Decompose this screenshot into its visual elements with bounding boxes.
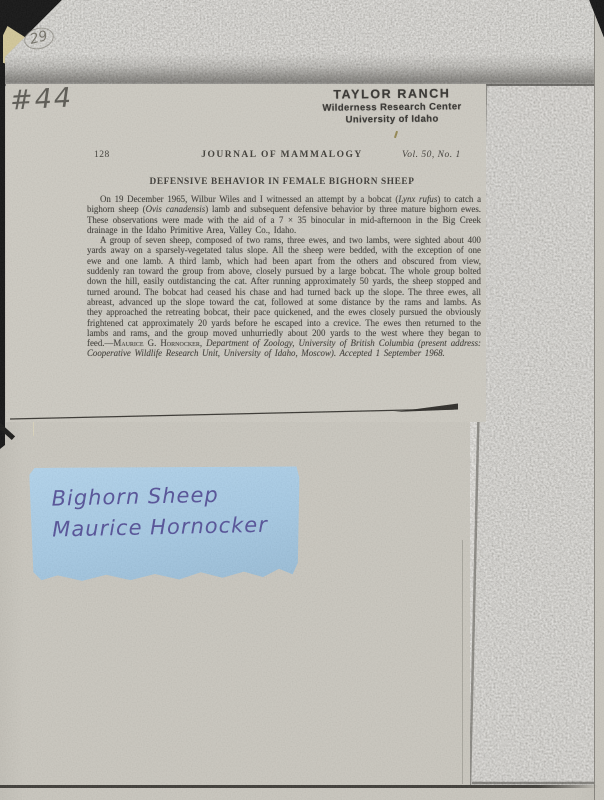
article-paragraph-2: A group of seven sheep, composed of two … bbox=[87, 235, 481, 359]
ink-speck bbox=[394, 131, 398, 138]
page-edge-strip bbox=[594, 0, 604, 800]
handwritten-number-44: #44 bbox=[9, 82, 74, 116]
section-end-rule bbox=[6, 402, 476, 428]
photocopy-noise-column bbox=[470, 86, 594, 785]
stamp-line-2: Wilderness Research Center bbox=[286, 101, 498, 114]
article-paragraph-1: On 19 December 1965, Wilbur Wiles and I … bbox=[87, 194, 481, 235]
journal-masthead: 128 JOURNAL OF MAMMALOGY Vol. 50, No. 1 bbox=[6, 150, 486, 164]
species-name-ovis: Ovis canadensis bbox=[146, 204, 206, 214]
toner-smudge bbox=[0, 54, 604, 88]
scanned-document: TAYLOR RANCH Wilderness Research Center … bbox=[0, 0, 604, 800]
species-name-lynx: Lynx rufus bbox=[398, 194, 437, 204]
article-title: DEFENSIVE BEHAVIOR IN FEMALE BIGHORN SHE… bbox=[86, 177, 478, 187]
journal-name: JOURNAL OF MAMMALOGY bbox=[136, 150, 428, 160]
para2-text: A group of seven sheep, composed of two … bbox=[87, 235, 481, 348]
journal-volume: Vol. 50, No. 1 bbox=[402, 150, 461, 160]
scan-edge-line bbox=[0, 785, 598, 788]
photocopy-backing-sheet: TAYLOR RANCH Wilderness Research Center … bbox=[0, 0, 604, 800]
journal-clipping: TAYLOR RANCH Wilderness Research Center … bbox=[6, 84, 486, 422]
stamp-line-1: TAYLOR RANCH bbox=[286, 86, 498, 102]
sticky-note-text: Bighorn Sheep Maurice Hornocker bbox=[29, 463, 301, 546]
article-body: On 19 December 1965, Wilbur Wiles and I … bbox=[87, 194, 481, 359]
paper-fold-line bbox=[462, 540, 463, 784]
sticky-note: Bighorn Sheep Maurice Hornocker bbox=[29, 464, 301, 584]
journal-page-number: 128 bbox=[94, 150, 110, 160]
stamp-line-3: University of Idaho bbox=[286, 113, 498, 126]
sticky-note-line-2: Maurice Hornocker bbox=[52, 509, 301, 546]
library-stamp: TAYLOR RANCH Wilderness Research Center … bbox=[286, 86, 498, 126]
author-name: Maurice G. Hornocker bbox=[113, 338, 199, 348]
para1-text-1: On 19 December 1965, Wilbur Wiles and I … bbox=[100, 194, 398, 204]
